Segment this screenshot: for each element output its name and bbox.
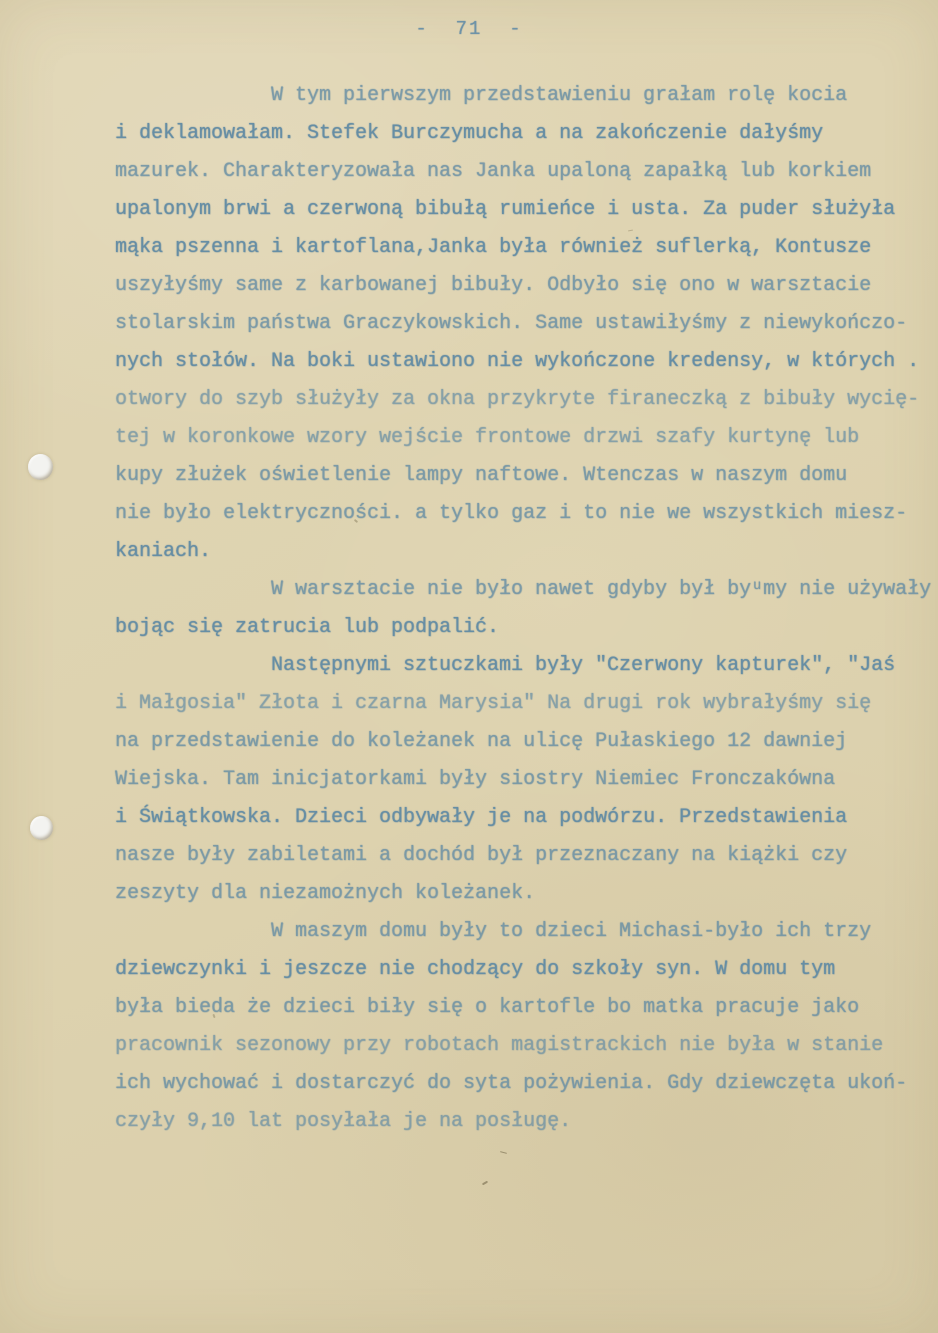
text-line: otwory do szyb służyły za okna przykryte… — [115, 381, 927, 419]
text-line: tej w koronkowe wzory wejście frontowe d… — [115, 419, 927, 457]
text-line: kupy złużek oświetlenie lampy naftowe. W… — [115, 457, 927, 495]
punch-hole — [28, 454, 53, 480]
text-line: upalonym brwi a czerwoną bibułą rumieńce… — [115, 191, 927, 229]
text-line: W maszym domu były to dzieci Michasi-był… — [115, 913, 927, 951]
text-line: i Świątkowska. Dzieci odbywały je na pod… — [115, 799, 927, 837]
text-line: czyły 9,10 lat posyłała je na posługę. — [115, 1103, 927, 1141]
text-line: pracownik sezonowy przy robotach magistr… — [115, 1027, 927, 1065]
text-line: mazurek. Charakteryzowała nas Janka upal… — [115, 153, 927, 191]
text-line: mąka pszenna i kartoflana,Janka była rów… — [115, 229, 927, 267]
punch-hole — [30, 816, 53, 840]
text-line: była bieda że dzieci biły się o kartofle… — [115, 989, 927, 1027]
text-line: na przedstawienie do koleżanek na ulicę … — [115, 723, 927, 761]
text-line: dziewczynki i jeszcze nie chodzący do sz… — [115, 951, 927, 989]
text-line: Wiejska. Tam inicjatorkami były siostry … — [115, 761, 927, 799]
text-line: i Małgosia" Złota i czarna Marysia" Na d… — [115, 685, 927, 723]
scanned-typescript-page: - 71 - W tym pierwszym przedstawieniu gr… — [0, 0, 938, 1333]
text-line: W warsztacie nie było nawet gdyby był by… — [115, 571, 927, 609]
text-line: uszyłyśmy same z karbowanej bibuły. Odby… — [115, 267, 927, 305]
text-line: nych stołów. Na boki ustawiono nie wykoń… — [115, 343, 927, 381]
text-line: Następnymi sztuczkami były "Czerwony kap… — [115, 647, 927, 685]
text-line: nasze były zabiletami a dochód był przez… — [115, 837, 927, 875]
paper-fleck — [482, 1181, 488, 1186]
text-line: ich wychować i dostarczyć do syta pożywi… — [115, 1065, 927, 1103]
text-line: bojąc się zatrucia lub podpalić. — [115, 609, 927, 647]
paper-fleck — [500, 1151, 507, 1154]
text-line: i deklamowałam. Stefek Burczymucha a na … — [115, 115, 927, 153]
text-line: W tym pierwszym przedstawieniu grałam ro… — [115, 77, 927, 115]
text-line: zeszyty dla niezamożnych koleżanek. — [115, 875, 927, 913]
text-line: stolarskim państwa Graczykowskich. Same … — [115, 305, 927, 343]
typed-text-block: W tym pierwszym przedstawieniu grałam ro… — [115, 77, 927, 1141]
text-line: nie było elektryczności. a tylko gaz i t… — [115, 495, 927, 533]
text-line: kaniach. — [115, 533, 927, 571]
page-number: - 71 - — [0, 18, 938, 40]
